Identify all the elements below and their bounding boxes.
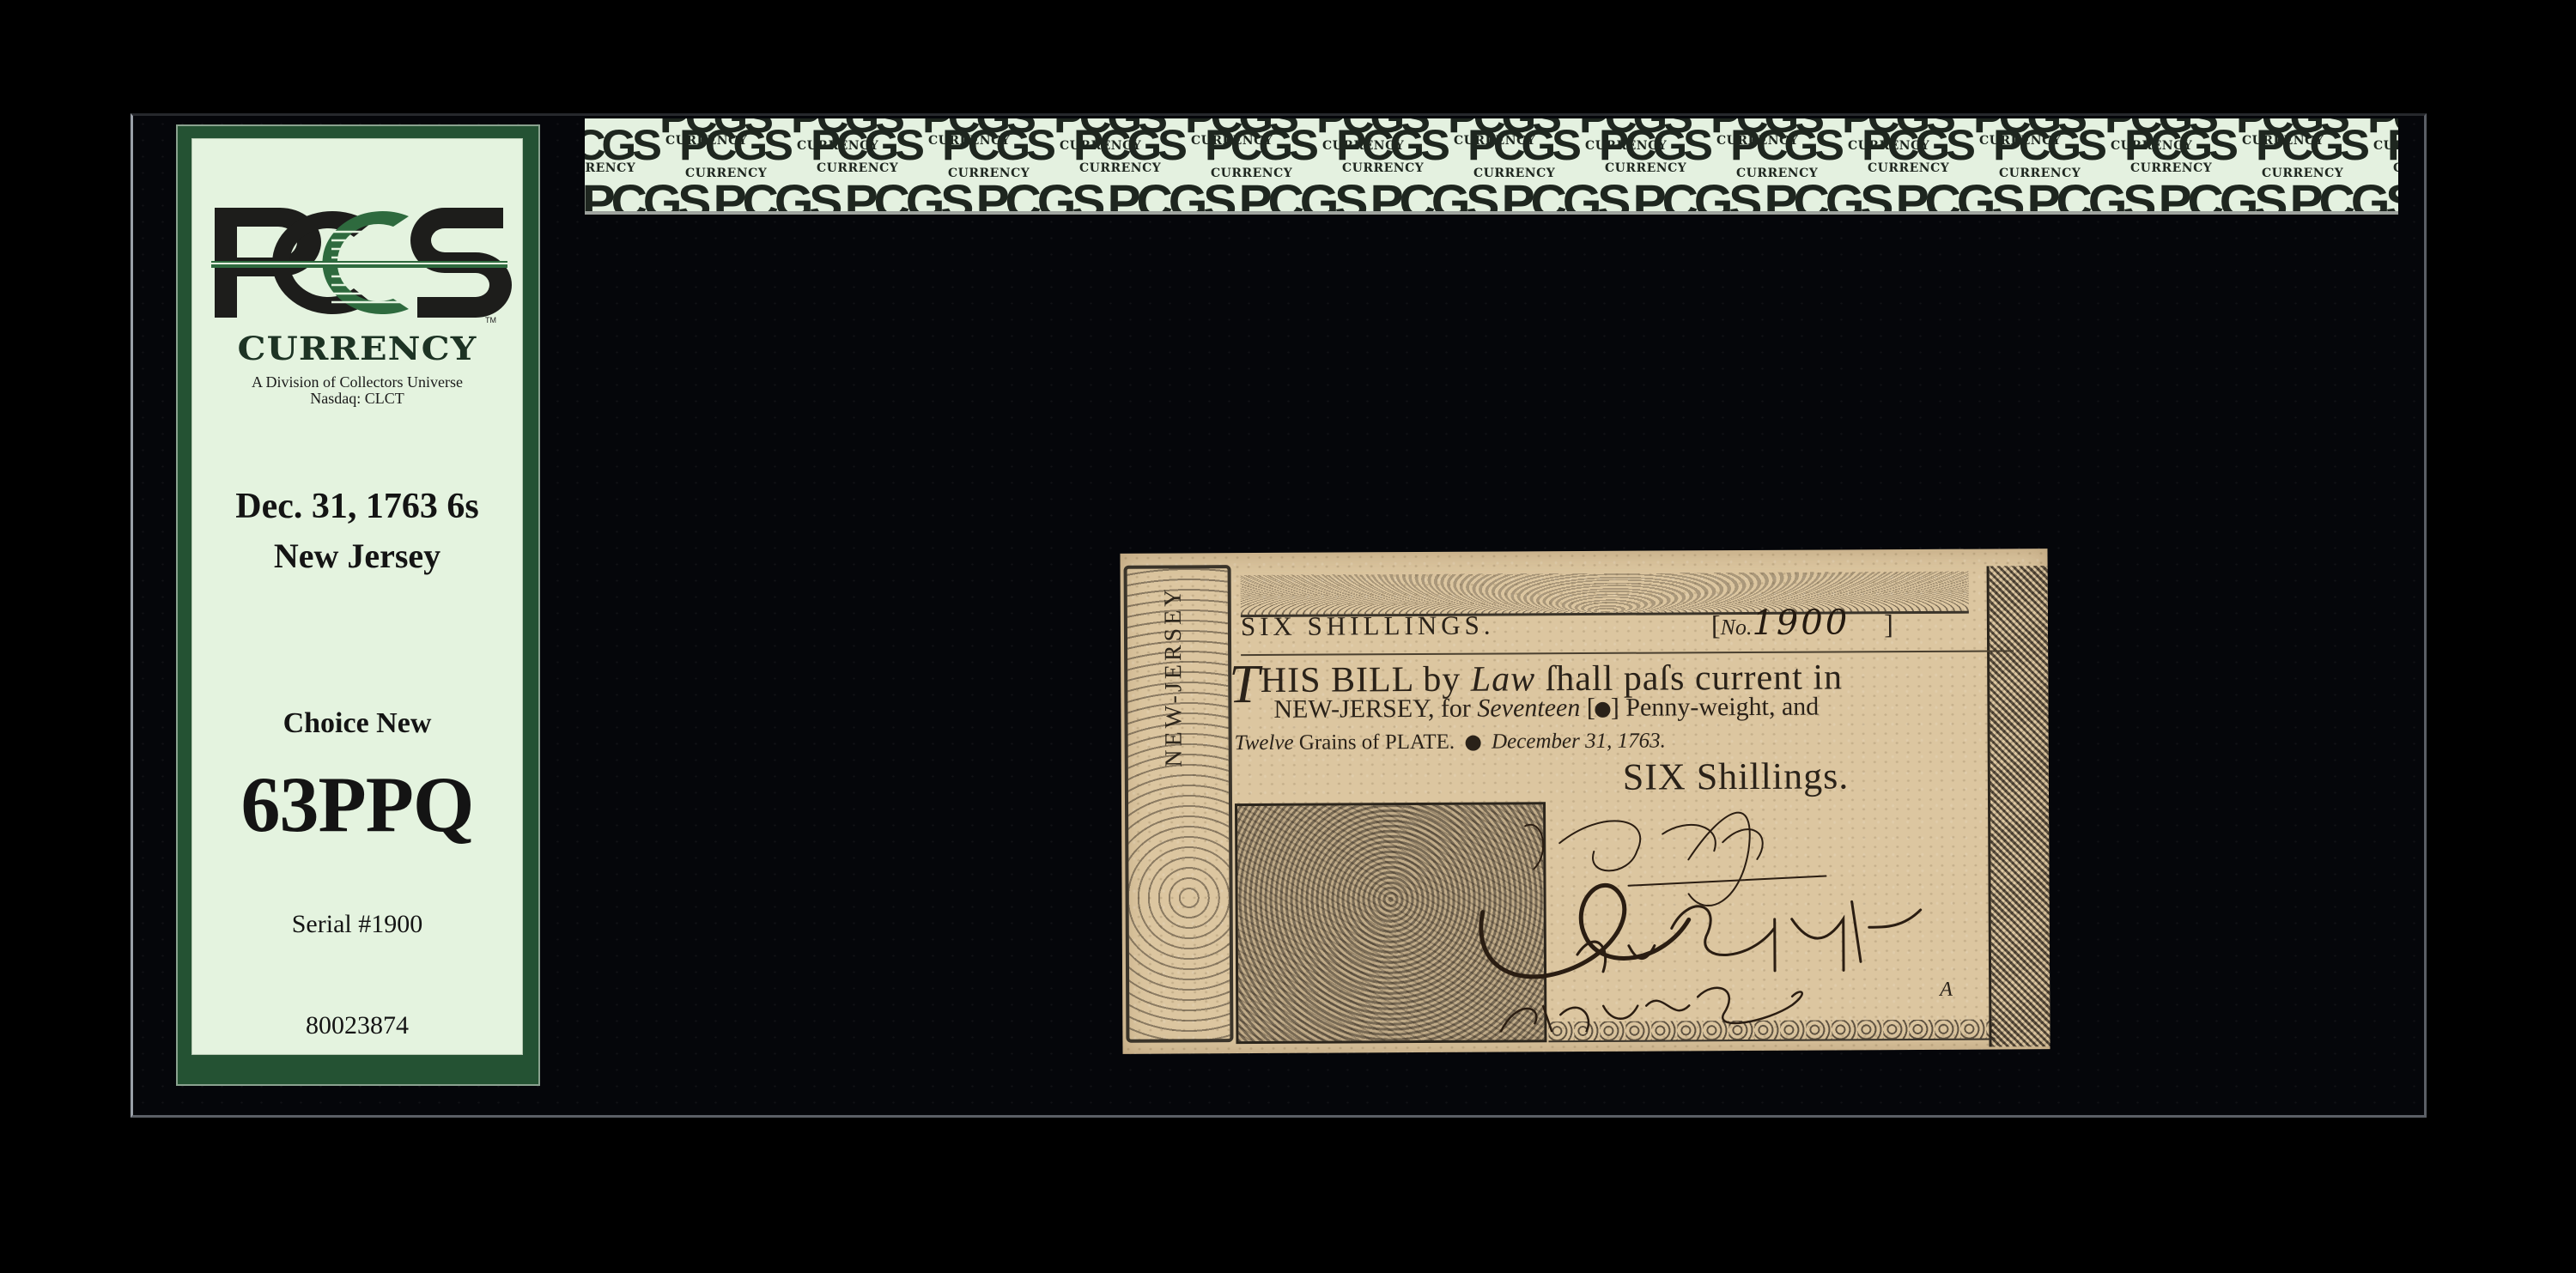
strip-brand: PCGS <box>2159 180 2284 215</box>
grade: 63PPQ <box>192 759 522 850</box>
strip-brand: PCGS <box>2027 180 2153 215</box>
strip-brand: PCGS <box>1502 180 1627 215</box>
strip-brand: PCGS <box>1993 124 2103 167</box>
strip-logo-tile: PCGS <box>1759 180 1890 215</box>
body-line-3: Twelve Grains of PLATE. December 31, 176… <box>1235 730 1666 756</box>
note-state: New Jersey <box>192 536 522 576</box>
number-label: No. <box>1721 615 1753 640</box>
division-text: A Division of Collectors Universe Nasdaq… <box>192 374 522 407</box>
handwritten-serial: 1900 <box>1752 603 1850 643</box>
seal-icon <box>1595 702 1611 718</box>
pcgs-logo <box>192 197 522 326</box>
strip-brand-sub: CURRENCY <box>1868 161 1949 175</box>
strip-brand: PCGS <box>1239 180 1364 215</box>
strip-brand: PCGS <box>679 124 789 167</box>
strip-logo-tile: PCGS <box>2153 180 2284 215</box>
strip-brand-sub: CURRENCY <box>1079 161 1161 175</box>
strip-logo-tile: PCGS <box>708 180 839 215</box>
strip-logo-tile: PCGS <box>1233 180 1364 215</box>
pcgs-logo-icon <box>203 197 512 326</box>
strip-brand: PCGS <box>1370 180 1496 215</box>
denomination: SIX Shillings. <box>1623 754 1850 798</box>
strip-brand: PCGS <box>942 124 1052 167</box>
left-border-ornament: NEW-JERSEY <box>1124 565 1234 1043</box>
issue-date: December 31, 1763. <box>1492 730 1666 754</box>
strip-brand: PCGS <box>2290 180 2398 215</box>
strip-logo-tile: PCGSCURRENCY <box>1199 124 1330 180</box>
strip-brand: PCGS <box>1108 180 1233 215</box>
strip-brand: PCGS <box>1862 124 1971 167</box>
strip-logo-tile: PCGS <box>1364 180 1496 215</box>
strip-brand-sub: CURRENCY <box>585 161 635 175</box>
body-text: Grains of PLATE. <box>1294 730 1455 755</box>
strip-brand: PCGS <box>1765 180 1890 215</box>
division-line: A Division of Collectors Universe <box>192 374 522 391</box>
strip-logo-tile: PCGS <box>970 180 1102 215</box>
strip-brand-sub: CURRENCY <box>1605 161 1686 175</box>
strip-brand: PCGS <box>2387 124 2398 167</box>
strip-brand: PCGS <box>1599 124 1709 167</box>
strip-logo-tile: PCGSCURRENCY <box>1856 124 1987 180</box>
brand-subtitle: CURRENCY <box>173 330 542 367</box>
strip-brand: PCGS <box>1336 124 1446 167</box>
grade-description: Choice New <box>192 707 522 740</box>
strip-logo-tile: PCGSCURRENCY <box>2381 124 2398 180</box>
strip-logo-tile: PCGSCURRENCY <box>1067 124 1199 180</box>
strip-brand: PCGS <box>1467 124 1577 167</box>
strip-brand: PCGS <box>1896 180 2021 215</box>
strip-brand-sub: CURRENCY <box>1342 161 1424 175</box>
strip-brand: PCGS <box>2124 124 2234 167</box>
cert-number: 80023874 <box>192 1011 522 1040</box>
signatures-icon <box>1465 798 1947 1033</box>
strip-logo-tile: PCGSCURRENCY <box>936 124 1067 180</box>
strip-brand: PCGS <box>714 180 839 215</box>
strip-brand: PCGS <box>2256 124 2366 167</box>
body-text: Penny-weight, and <box>1619 693 1820 722</box>
strip-brand: PCGS <box>1730 124 1840 167</box>
strip-row: PCGSCURRENCYPCGSCURRENCYPCGSCURRENCYPCGS… <box>585 124 2398 180</box>
header-denomination: SIX SHILLINGS. <box>1241 610 1495 643</box>
serial-box: [No.1900 ] <box>1711 603 1893 643</box>
strip-brand-sub: CURRENCY <box>817 161 898 175</box>
strip-brand: PCGS <box>1633 180 1759 215</box>
strip-logo-tile: PCGSCURRENCY <box>1987 124 2118 180</box>
strip-logo-tile: PCGSCURRENCY <box>673 124 805 180</box>
strip-logo-tile: PCGS <box>2021 180 2153 215</box>
vertical-text: NEW-JERSEY <box>1160 585 1188 767</box>
note-date-denomination: Dec. 31, 1763 6s <box>192 486 522 527</box>
strip-logo-tile: PCGSCURRENCY <box>1330 124 1461 180</box>
body-line-2: NEW-JERSEY, for Seventeen [] Penny-weigh… <box>1273 693 1819 724</box>
strip-brand: PCGS <box>976 180 1102 215</box>
body-text-italic: Twelve <box>1235 731 1294 755</box>
right-border-ornament <box>1987 566 2050 1046</box>
ticker-line: Nasdaq: CLCT <box>192 391 522 407</box>
security-strip: PCGSCURRENCYPCGSCURRENCYPCGSCURRENCYPCGS… <box>585 118 2398 215</box>
plate-letter: A <box>1940 979 1953 1002</box>
strip-brand: PCGS <box>1073 124 1183 167</box>
strip-brand: PCGS <box>845 180 970 215</box>
grading-label: TM CURRENCY A Division of Collectors Uni… <box>176 124 540 1086</box>
strip-brand: PCGS <box>1205 124 1315 167</box>
strip-brand: PCGS <box>585 180 707 215</box>
strip-logo-tile: PCGS <box>1627 180 1759 215</box>
strip-logo-tile: PCGS <box>2284 180 2398 215</box>
strip-logo-tile: PCGSCURRENCY <box>2118 124 2250 180</box>
strip-brand-sub: CURRENCY <box>2130 161 2212 175</box>
body-text: NEW-JERSEY, for <box>1273 694 1477 724</box>
body-text-italic: Seventeen <box>1477 694 1580 723</box>
strip-logo-tile: PCGS <box>839 180 970 215</box>
strip-logo-tile: PCGSCURRENCY <box>1461 124 1593 180</box>
strip-brand: PCGS <box>585 124 658 167</box>
strip-logo-tile: PCGSCURRENCY <box>585 124 673 180</box>
strip-logo-tile: PCGS <box>1102 180 1233 215</box>
trademark-mark: TM <box>485 316 496 324</box>
ornament-icon <box>1466 736 1481 751</box>
banknote: NEW-JERSEY SIX SHILLINGS. [No.1900 ] THI… <box>1120 549 2050 1054</box>
strip-logo-tile: PCGS <box>1496 180 1627 215</box>
bottom-border-ornament <box>1548 1020 1995 1043</box>
strip-logo-tile: PCGS <box>1890 180 2021 215</box>
strip-logo-tile: PCGSCURRENCY <box>1724 124 1856 180</box>
drop-initial: T <box>1229 653 1261 714</box>
strip-logo-tile: PCGSCURRENCY <box>805 124 936 180</box>
strip-logo-tile: PCGS <box>585 180 708 215</box>
strip-logo-tile: PCGSCURRENCY <box>2250 124 2381 180</box>
serial-number: Serial #1900 <box>192 910 522 939</box>
strip-brand-sub: CURRENCY <box>2393 161 2398 175</box>
grading-label-panel: TM CURRENCY A Division of Collectors Uni… <box>191 138 523 1055</box>
strip-brand: PCGS <box>811 124 920 167</box>
strip-logo-tile: PCGSCURRENCY <box>1593 124 1724 180</box>
strip-row: PCGSPCGSPCGSPCGSPCGSPCGSPCGSPCGSPCGSPCGS… <box>585 180 2398 215</box>
